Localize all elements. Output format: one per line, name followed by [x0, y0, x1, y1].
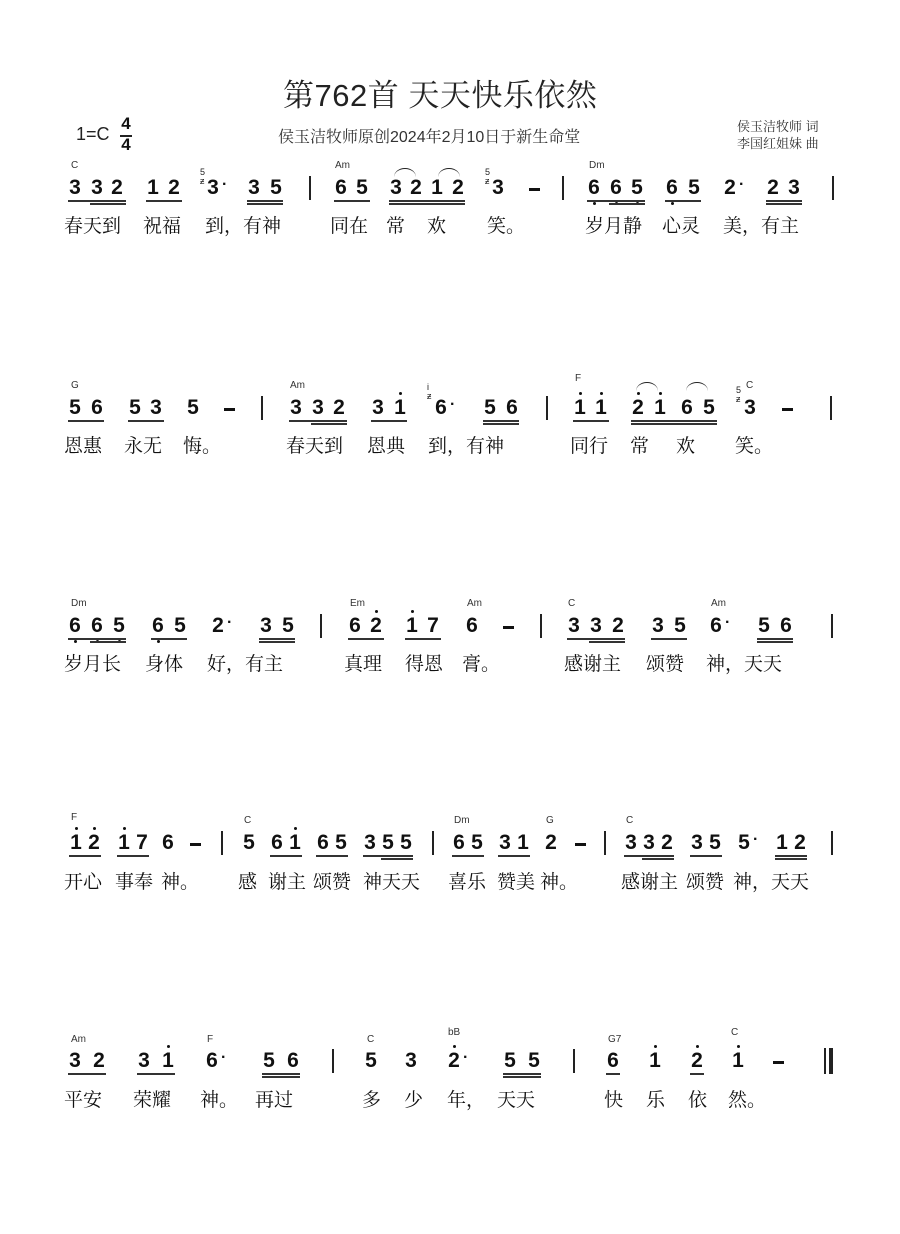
note: 5: [673, 614, 687, 638]
note: 5: [173, 614, 187, 638]
note: 3: [642, 831, 656, 855]
augmentation-dot: ·: [222, 176, 227, 194]
beam: [651, 638, 687, 640]
chord-label: bB: [448, 1027, 460, 1038]
lyric: 祝福: [143, 211, 181, 238]
note: 7: [426, 614, 440, 638]
beam: [146, 200, 182, 202]
note: 1: [146, 176, 160, 200]
note: 1: [69, 831, 83, 855]
note: 5: [68, 396, 82, 420]
beam: [690, 855, 722, 857]
beam: [316, 855, 348, 857]
beam: [503, 1076, 541, 1078]
note: 6: [587, 176, 601, 200]
bar-line: [309, 176, 311, 200]
beam: [381, 858, 413, 860]
note: 3: [589, 614, 603, 638]
chord-label: F: [575, 373, 581, 384]
lyric: 欢: [427, 211, 446, 238]
note: 3: [498, 831, 512, 855]
note: 1: [288, 831, 302, 855]
dash-sustain: [190, 843, 201, 846]
beam: [690, 1073, 704, 1075]
bar-line: [546, 396, 548, 420]
chord-label: Am: [290, 380, 305, 391]
chord-label: G: [546, 815, 554, 826]
note: 3: [68, 1049, 82, 1073]
note: 6: [465, 614, 479, 638]
grace-note: iᵶ: [427, 383, 432, 401]
lyric: 到，有神: [205, 211, 281, 238]
note: 3: [743, 396, 757, 420]
lyric: 然。: [728, 1085, 766, 1112]
beam: [389, 200, 465, 202]
bar-line: [221, 831, 223, 855]
note: 2: [544, 831, 558, 855]
lyric: 同行: [570, 431, 608, 458]
bar-line: [831, 614, 833, 638]
beam: [262, 1073, 300, 1075]
chord-label: G: [71, 380, 79, 391]
lyric: 颂赞: [646, 649, 684, 676]
chord-label: F: [207, 1034, 213, 1045]
lyric: 岁月静: [585, 211, 642, 238]
lyric: 天天: [497, 1085, 535, 1112]
lyric: 神。: [200, 1085, 238, 1112]
chord-label: C: [731, 1027, 738, 1038]
augmentation-dot: ·: [739, 176, 744, 194]
note: 1: [161, 1049, 175, 1073]
beam: [137, 1073, 175, 1075]
song-subtitle: 侯玉洁牧师原创2024年2月10日于新生命堂: [278, 124, 580, 147]
note: 3: [137, 1049, 151, 1073]
lyric: 再过: [255, 1085, 293, 1112]
dash-sustain: [782, 408, 793, 411]
lyric: 神天天: [363, 867, 420, 894]
chord-label: F: [71, 812, 77, 823]
note: 6: [270, 831, 284, 855]
beam: [573, 420, 609, 422]
note: 3: [206, 176, 220, 200]
chord-label: Am: [467, 598, 482, 609]
lyric: 感谢主: [621, 867, 678, 894]
note: 1: [393, 396, 407, 420]
note: 3: [389, 176, 403, 200]
lyric: 永无: [124, 431, 162, 458]
lyric: 感: [238, 867, 257, 894]
note: 5: [112, 614, 126, 638]
note: 6: [161, 831, 175, 855]
augmentation-dot: ·: [227, 614, 232, 632]
beam: [68, 1073, 106, 1075]
note: 5: [128, 396, 142, 420]
note: 2: [723, 176, 737, 200]
lyric: 同在: [330, 211, 368, 238]
note: 6: [90, 396, 104, 420]
beam: [483, 420, 519, 422]
beam: [609, 203, 645, 205]
lyric: 事奉: [115, 867, 153, 894]
bar-line: [830, 396, 832, 420]
augmentation-dot: ·: [450, 396, 455, 414]
note: 6: [205, 1049, 219, 1073]
note: 2: [451, 176, 465, 200]
note: 6: [709, 614, 723, 638]
lyric: 真理: [344, 649, 382, 676]
note: 6: [68, 614, 82, 638]
grace-note: 5ᵶ: [200, 168, 205, 186]
note: 5: [630, 176, 644, 200]
note: 1: [117, 831, 131, 855]
lyric: 常: [386, 211, 405, 238]
beam: [498, 855, 530, 857]
beam: [90, 203, 126, 205]
chord-label: Dm: [71, 598, 87, 609]
note: 2: [409, 176, 423, 200]
bar-line: [432, 831, 434, 855]
beam: [405, 638, 441, 640]
beam: [665, 200, 701, 202]
chord-label: Am: [71, 1034, 86, 1045]
bar-line: [332, 1049, 334, 1073]
beam: [68, 420, 104, 422]
lyric: 常: [630, 431, 649, 458]
note: 1: [573, 396, 587, 420]
beam: [589, 641, 625, 643]
note: 2: [447, 1049, 461, 1073]
beam: [757, 641, 793, 643]
lyric: 乐: [646, 1085, 665, 1112]
bar-line: [831, 831, 833, 855]
note: 5: [757, 614, 771, 638]
beam: [270, 855, 302, 857]
note: 5: [281, 614, 295, 638]
bar-line: [604, 831, 606, 855]
chord-label: C: [244, 815, 251, 826]
song-title: 第762首 天天快乐依然: [283, 70, 597, 115]
chord-label: C: [746, 380, 753, 391]
beam: [775, 858, 807, 860]
final-bar-thin: [824, 1048, 826, 1074]
beam: [363, 855, 413, 857]
note: 6: [452, 831, 466, 855]
beam: [757, 638, 793, 640]
note: 2: [167, 176, 181, 200]
lyric: 神，天天: [706, 649, 782, 676]
note: 6: [779, 614, 793, 638]
composer-credit: 李国红姐妹 曲: [737, 135, 819, 152]
note: 3: [247, 176, 261, 200]
note: 2: [611, 614, 625, 638]
lyric: 年，: [447, 1085, 485, 1112]
beam: [68, 638, 126, 640]
note: 1: [653, 396, 667, 420]
augmentation-dot: ·: [725, 614, 730, 632]
lyric: 赞美: [497, 867, 535, 894]
beam: [624, 855, 674, 857]
note: 1: [516, 831, 530, 855]
lyric: 欢: [676, 431, 695, 458]
note: 1: [594, 396, 608, 420]
note: 3: [651, 614, 665, 638]
note: 1: [405, 614, 419, 638]
note: 6: [90, 614, 104, 638]
augmentation-dot: ·: [753, 831, 758, 849]
lyric: 喜乐: [448, 867, 486, 894]
lyric: 平安: [64, 1085, 102, 1112]
note: 5: [334, 831, 348, 855]
beam: [567, 638, 625, 640]
lyric: 神，天天: [733, 867, 809, 894]
note: 1: [775, 831, 789, 855]
chord-label: C: [626, 815, 633, 826]
bar-line: [832, 176, 834, 200]
note: 2: [211, 614, 225, 638]
beam: [117, 855, 149, 857]
beam: [587, 200, 645, 202]
note: 5: [687, 176, 701, 200]
beam: [68, 200, 126, 202]
note: 5: [399, 831, 413, 855]
note: 6: [665, 176, 679, 200]
note: 3: [289, 396, 303, 420]
note: 5: [364, 1049, 378, 1073]
note: 2: [631, 396, 645, 420]
lyric: 膏。: [462, 649, 500, 676]
note: 3: [787, 176, 801, 200]
beam: [503, 1073, 541, 1075]
beam: [631, 423, 717, 425]
note: 3: [363, 831, 377, 855]
lyric: 神。: [161, 867, 199, 894]
lyric: 到，有神: [428, 431, 504, 458]
lyric: 恩惠: [64, 431, 102, 458]
beam: [90, 641, 126, 643]
augmentation-dot: ·: [221, 1049, 226, 1067]
note: 5: [483, 396, 497, 420]
note: 2: [766, 176, 780, 200]
beam: [483, 423, 519, 425]
note: 3: [149, 396, 163, 420]
augmentation-dot: ·: [463, 1049, 468, 1067]
bar-line: [562, 176, 564, 200]
beam: [262, 1076, 300, 1078]
chord-label: Am: [335, 160, 350, 171]
note: 5: [503, 1049, 517, 1073]
note: 5: [702, 396, 716, 420]
dash-sustain: [503, 626, 514, 629]
note: 2: [87, 831, 101, 855]
note: 5: [708, 831, 722, 855]
beam: [642, 858, 674, 860]
chord-label: G7: [608, 1034, 621, 1045]
lyric: 依: [688, 1085, 707, 1112]
note: 3: [68, 176, 82, 200]
note: 2: [92, 1049, 106, 1073]
beam: [151, 638, 187, 640]
lyric: 笑。: [735, 431, 773, 458]
grace-note: 5ᵶ: [485, 168, 490, 186]
beam: [259, 641, 295, 643]
lyric: 开心: [64, 867, 102, 894]
key-signature: 1=C: [76, 124, 110, 145]
note: 5: [242, 831, 256, 855]
chord-label: Dm: [454, 815, 470, 826]
note: 3: [491, 176, 505, 200]
chord-label: C: [568, 598, 575, 609]
note: 6: [606, 1049, 620, 1073]
lyric: 得恩: [405, 649, 443, 676]
lyric: 荣耀: [133, 1085, 171, 1112]
dash-sustain: [224, 408, 235, 411]
lyric: 恩典: [367, 431, 405, 458]
beam: [259, 638, 295, 640]
note: 2: [793, 831, 807, 855]
note: 3: [90, 176, 104, 200]
lyric: 快: [604, 1085, 623, 1112]
beam: [389, 203, 465, 205]
lyric: 岁月长: [64, 649, 121, 676]
beam: [289, 420, 347, 422]
bar-line: [540, 614, 542, 638]
note: 6: [286, 1049, 300, 1073]
final-bar-thick: [829, 1048, 833, 1074]
dash-sustain: [575, 843, 586, 846]
note: 2: [690, 1049, 704, 1073]
lyric: 神。: [540, 867, 578, 894]
beam: [775, 855, 807, 857]
note: 3: [404, 1049, 418, 1073]
note: 3: [259, 614, 273, 638]
beam: [348, 638, 384, 640]
lyric: 少: [404, 1085, 423, 1112]
lyric: 感谢主: [564, 649, 621, 676]
chord-label: Am: [711, 598, 726, 609]
note: 6: [434, 396, 448, 420]
beam: [334, 200, 370, 202]
dash-sustain: [529, 188, 540, 191]
note: 7: [135, 831, 149, 855]
note: 5: [737, 831, 751, 855]
grace-note: 5ᵶ: [736, 386, 741, 404]
note: 5: [527, 1049, 541, 1073]
note: 2: [660, 831, 674, 855]
note: 6: [680, 396, 694, 420]
dash-sustain: [773, 1061, 784, 1064]
note: 5: [381, 831, 395, 855]
note: 6: [348, 614, 362, 638]
bar-line: [261, 396, 263, 420]
lyric: 美，有主: [723, 211, 799, 238]
note: 6: [334, 176, 348, 200]
note: 3: [690, 831, 704, 855]
lyric: 笑。: [487, 211, 525, 238]
note: 1: [648, 1049, 662, 1073]
slur: [636, 382, 658, 391]
beam: [766, 203, 802, 205]
lyric: 春天到: [286, 431, 343, 458]
time-signature-top: 4: [119, 114, 133, 134]
chord-label: Em: [350, 598, 365, 609]
note: 6: [505, 396, 519, 420]
note: 5: [355, 176, 369, 200]
note: 3: [371, 396, 385, 420]
time-signature-bottom: 4: [119, 135, 133, 155]
note: 2: [110, 176, 124, 200]
lyric: 好，有主: [207, 649, 283, 676]
beam: [766, 200, 802, 202]
note: 6: [609, 176, 623, 200]
beam: [452, 855, 484, 857]
note: 5: [186, 396, 200, 420]
beam: [606, 1073, 620, 1075]
note: 1: [430, 176, 444, 200]
lyric: 颂赞: [313, 867, 351, 894]
note: 5: [262, 1049, 276, 1073]
bar-line: [320, 614, 322, 638]
lyric: 心灵: [662, 211, 700, 238]
chord-label: Dm: [589, 160, 605, 171]
note: 3: [624, 831, 638, 855]
slur: [686, 382, 708, 391]
lyric: 悔。: [183, 431, 221, 458]
note: 5: [269, 176, 283, 200]
beam: [311, 423, 347, 425]
lyricist-credit: 侯玉洁牧师 词: [737, 118, 819, 135]
chord-label: C: [367, 1034, 374, 1045]
lyric: 身体: [145, 649, 183, 676]
note: 3: [567, 614, 581, 638]
bar-line: [573, 1049, 575, 1073]
note: 1: [731, 1049, 745, 1073]
lyric: 颂赞: [686, 867, 724, 894]
note: 6: [151, 614, 165, 638]
lyric: 春天到: [64, 211, 121, 238]
lyric: 多: [362, 1085, 381, 1112]
beam: [247, 200, 283, 202]
beam: [371, 420, 407, 422]
beam: [631, 420, 717, 422]
note: 2: [332, 396, 346, 420]
beam: [69, 855, 101, 857]
note: 3: [311, 396, 325, 420]
note: 2: [369, 614, 383, 638]
beam: [247, 203, 283, 205]
beam: [128, 420, 164, 422]
lyric: 谢主: [268, 867, 306, 894]
note: 5: [470, 831, 484, 855]
chord-label: C: [71, 160, 78, 171]
note: 6: [316, 831, 330, 855]
